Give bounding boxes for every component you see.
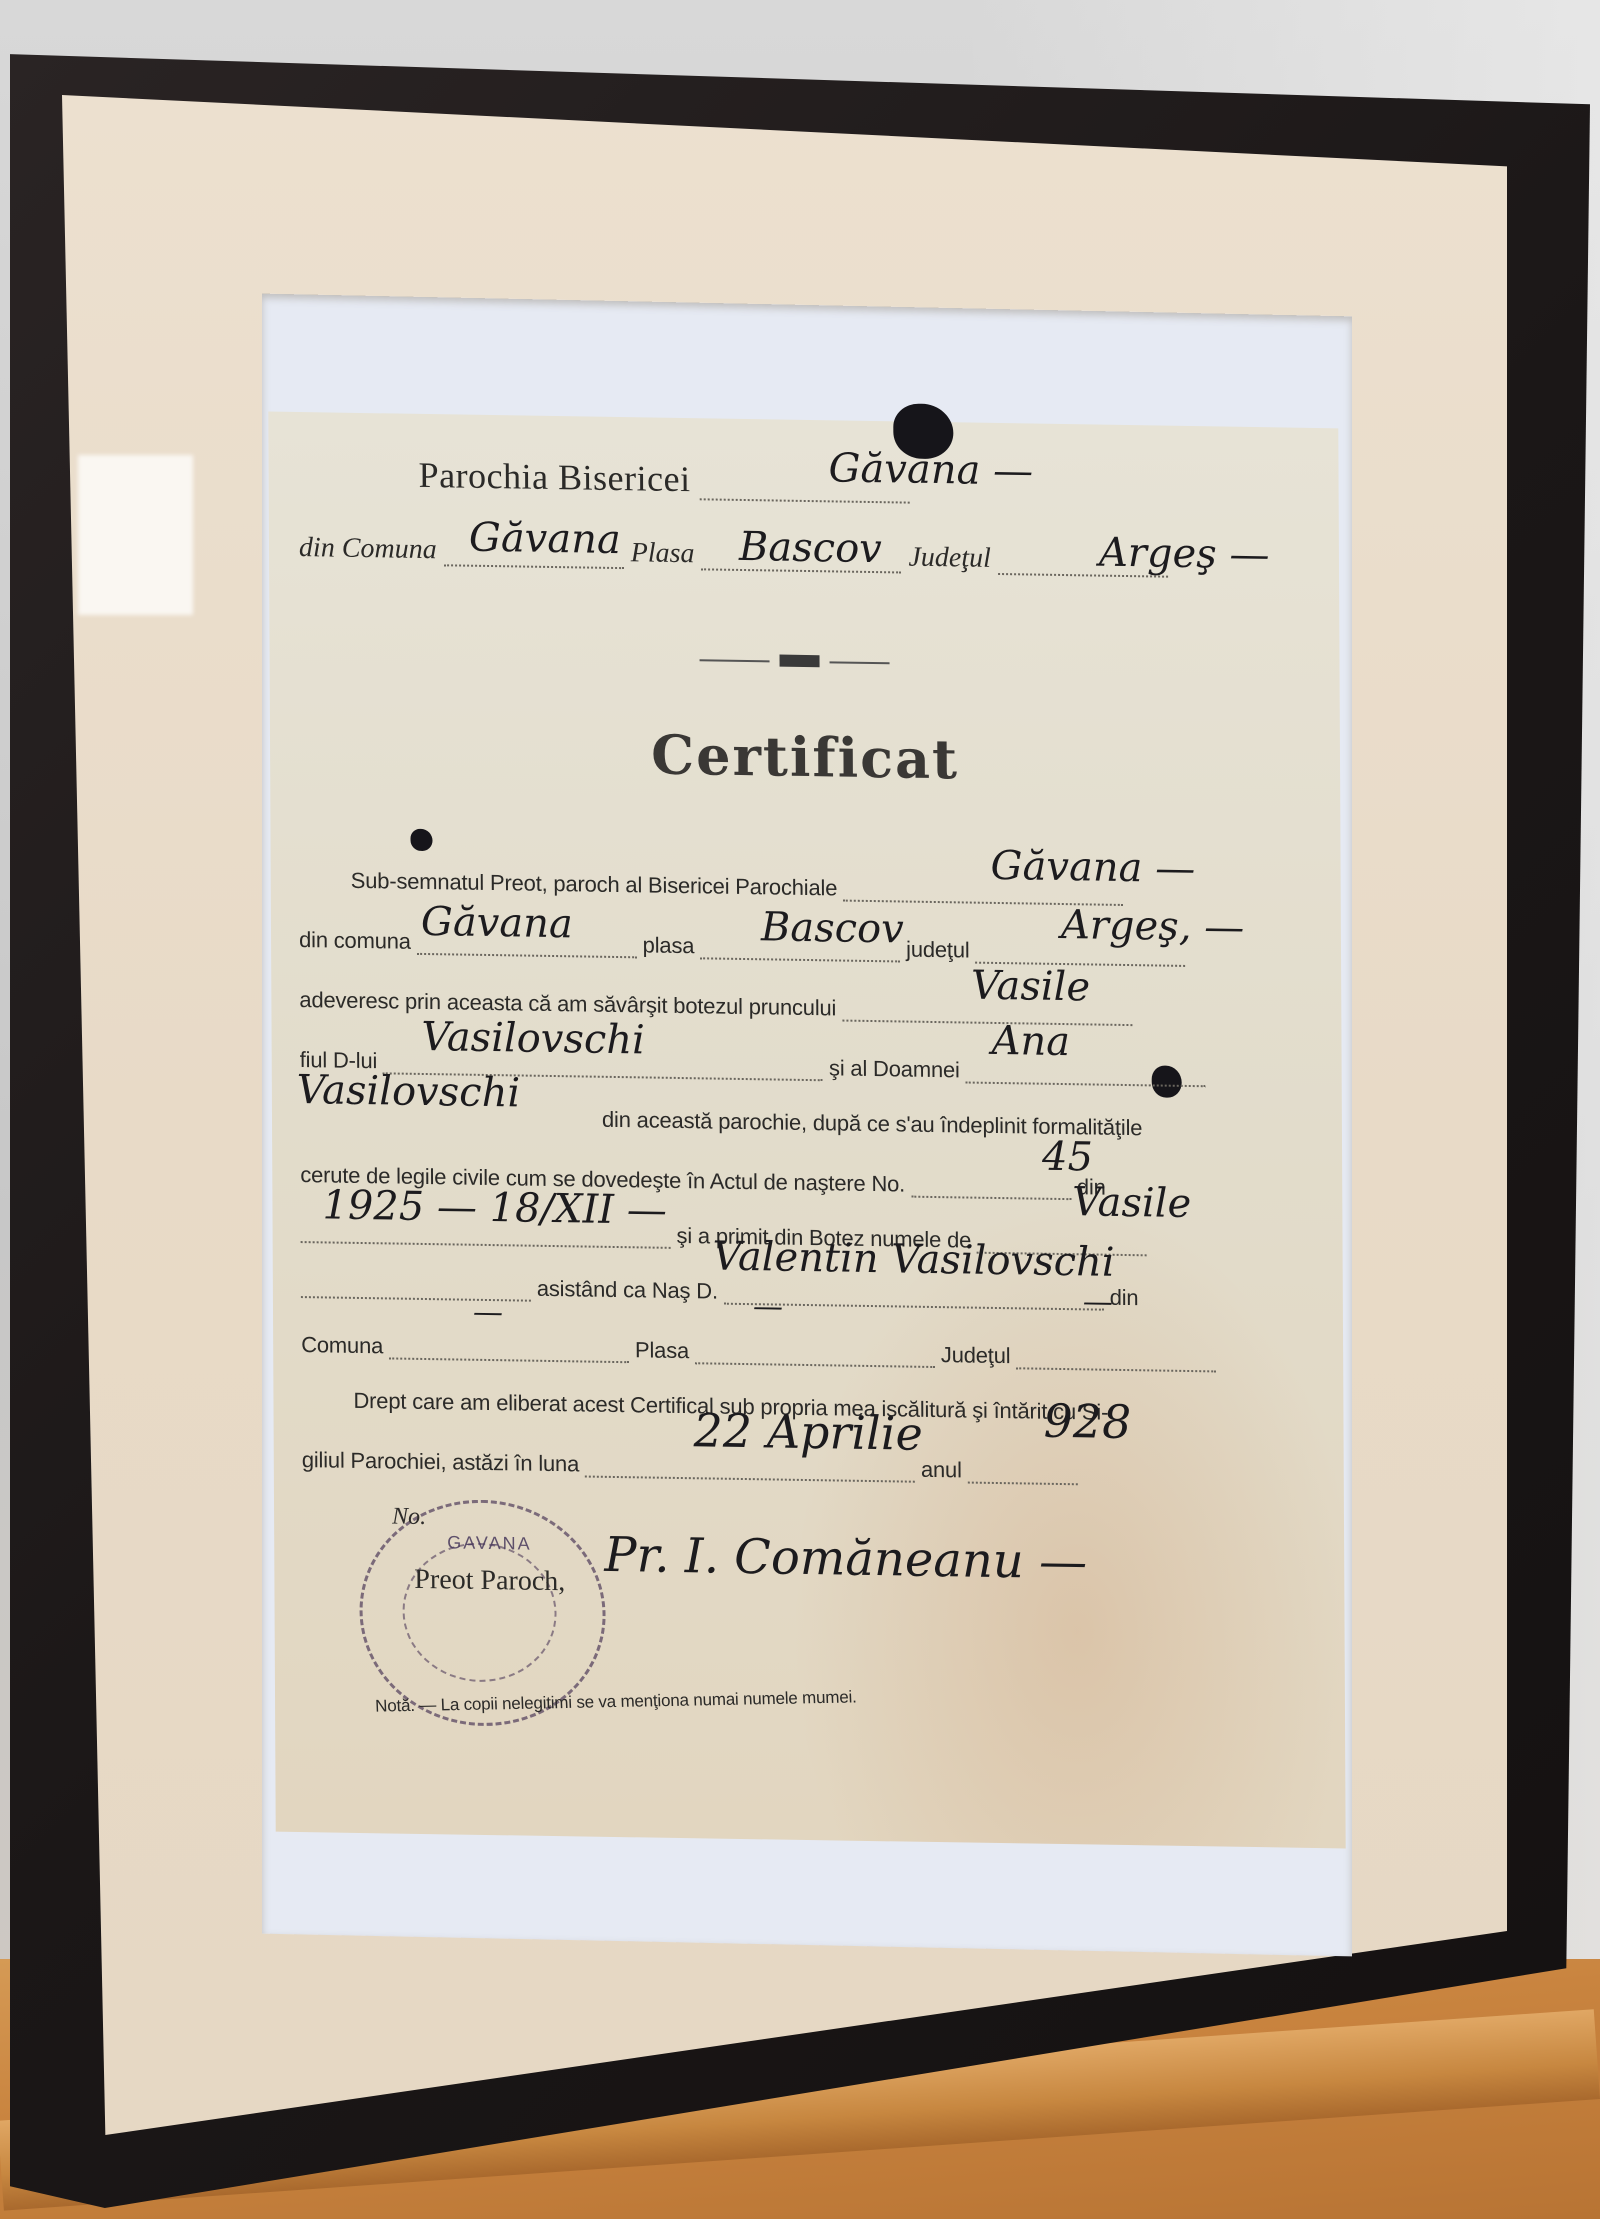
ink-blot (410, 829, 432, 851)
mother-name-value: Ana (991, 1018, 1070, 1065)
district-value-3: — (753, 1289, 783, 1324)
body-line-11: giliul Parochiei, astăzi în luna anul (302, 1447, 1078, 1485)
parish-value: Găvana — (828, 445, 1033, 494)
birth-act-number: 45 (1042, 1134, 1093, 1181)
priest-signature: Pr. I. Comăneanu — (604, 1527, 1087, 1591)
priest-label: Sub-semnatul Preot, paroch al Bisericei … (351, 868, 838, 901)
commune-value: Găvana (469, 515, 621, 563)
issue-date-value: 22 Aprilie (693, 1403, 922, 1461)
stamp-inner-ring (402, 1542, 557, 1683)
mother-surname-value: Vasilovschi (297, 1067, 521, 1117)
glass-reflection (78, 455, 193, 615)
din-label-2: din (1110, 1285, 1139, 1310)
godparent-label: asistând ca Naş D. (537, 1276, 718, 1304)
county-label-2: judeţul (906, 937, 970, 963)
signature-label: Preot Paroch, (414, 1564, 565, 1598)
county-label-3: Judeţul (941, 1342, 1011, 1368)
parish-label: Parochia Bisericei (419, 455, 691, 499)
commune-label: din Comuna (299, 532, 437, 565)
date-label: giliul Parochiei, astăzi în luna (302, 1447, 579, 1476)
birth-date-value: 1925 — 18/XII — (322, 1182, 667, 1233)
district-value-2: Bascov (761, 904, 904, 952)
commune-label-3: Comuna (301, 1332, 383, 1358)
district-label: Plasa (631, 537, 695, 569)
county-value-3: — (1083, 1284, 1113, 1319)
year-label: anul (921, 1457, 962, 1483)
father-name-value: Vasilovschi (421, 1014, 645, 1064)
commune-label-2: din comuna (299, 927, 411, 954)
certificate-title: Certificat (270, 717, 1340, 798)
mother-label: şi al Doamnei (829, 1055, 960, 1082)
county-value-2: Argeş, — (1061, 902, 1244, 951)
child-name-value: Vasile (971, 963, 1090, 1011)
parish-church-value: Găvana — (990, 843, 1195, 892)
ornament-divider (700, 653, 900, 670)
issue-year-value: 928 (1043, 1394, 1131, 1449)
stamp-number-label: No. (392, 1503, 426, 1531)
godparent-name-value: Valentin Vasilovschi (713, 1234, 1115, 1286)
district-label-2: plasa (643, 932, 695, 958)
baptism-name-value: Vasile (1072, 1179, 1191, 1227)
county-value: Argeş — (1099, 530, 1270, 579)
location-header: din Comuna Plasa Judeţul (299, 532, 1168, 578)
commune-value-2: Găvana (421, 899, 573, 947)
district-label-3: Plasa (635, 1337, 689, 1363)
body-line-9: Comuna Plasa Judeţul (301, 1332, 1216, 1372)
stamp-text: GAVANA (447, 1532, 531, 1554)
district-value: Bascov (739, 524, 882, 572)
certificate-document: Parochia Bisericei Găvana — din Comuna P… (268, 412, 1345, 1849)
county-label: Judeţul (908, 542, 991, 574)
commune-value-3: — (473, 1295, 503, 1330)
